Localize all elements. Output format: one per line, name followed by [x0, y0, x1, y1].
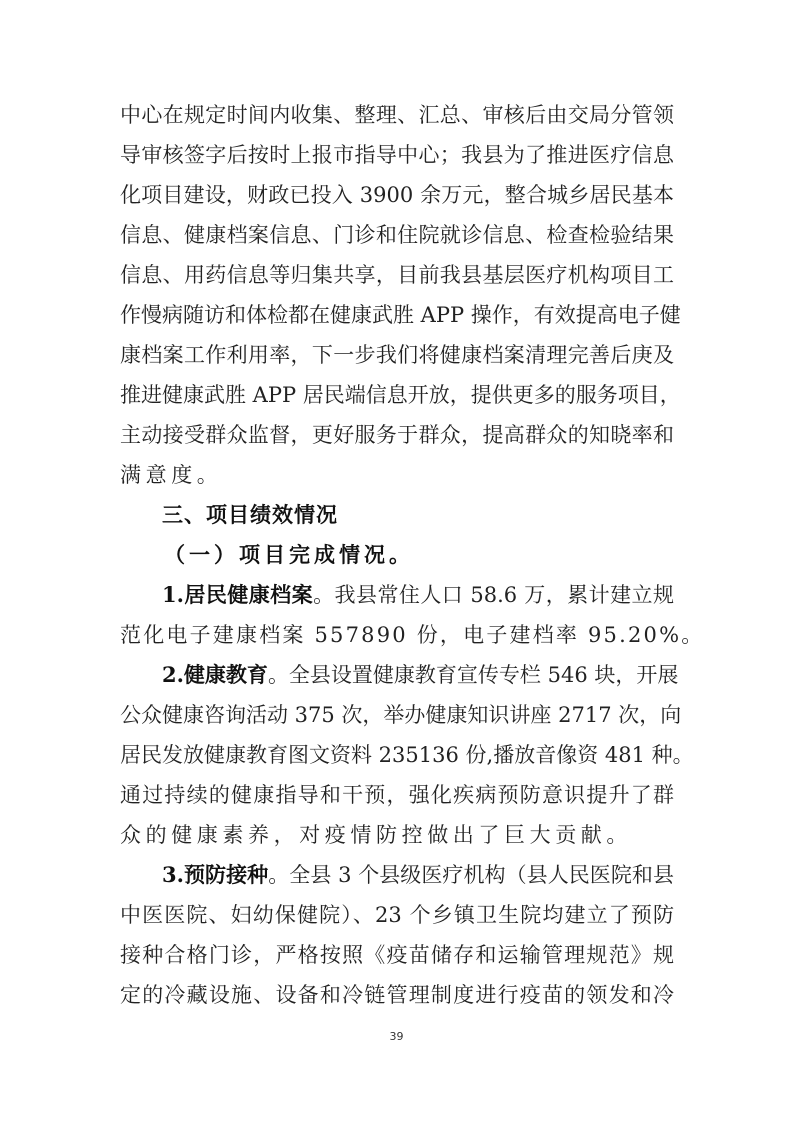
item-2-title: 2.健康教育 [162, 662, 268, 687]
paragraph-line: 居民发放健康教育图文资料 235136 份,播放音像资 481 种。 [120, 735, 674, 775]
item-2-first-line: 2.健康教育。全县设置健康教育宣传专栏 546 块，开展 [120, 655, 674, 695]
item-1-text: 。我县常住人口 58.6 万，累计建立规 [313, 583, 674, 607]
section-heading: 三、项目绩效情况 [120, 495, 674, 535]
paragraph-line: 通过持续的健康指导和干预，强化疾病预防意识提升了群 [120, 775, 674, 815]
paragraph-line: 中医医院、妇幼保健院）、23 个乡镇卫生院均建立了预防 [120, 895, 674, 935]
paragraph-line: 作慢病随访和体检都在健康武胜 APP 操作，有效提高电子健 [120, 295, 674, 335]
paragraph-line: 信息、健康档案信息、门诊和住院就诊信息、检查检验结果 [120, 215, 674, 255]
subsection-heading: （一）项目完成情况。 [120, 535, 674, 575]
paragraph-line: 信息、用药信息等归集共享，目前我县基层医疗机构项目工 [120, 255, 674, 295]
document-page: 中心在规定时间内收集、整理、汇总、审核后由交局分管领 导审核签字后按时上报市指导… [0, 0, 793, 1122]
paragraph-line: 众的健康素养，对疫情防控做出了巨大贡献。 [120, 815, 674, 855]
paragraph-line: 满意度。 [120, 455, 674, 495]
item-1-first-line: 1.居民健康档案。我县常住人口 58.6 万，累计建立规 [120, 575, 674, 615]
paragraph-line: 主动接受群众监督，更好服务于群众，提高群众的知晓率和 [120, 415, 674, 455]
body-text: 中心在规定时间内收集、整理、汇总、审核后由交局分管领 导审核签字后按时上报市指导… [120, 95, 674, 1015]
paragraph-line: 公众健康咨询活动 375 次，举办健康知识讲座 2717 次，向 [120, 695, 674, 735]
paragraph-line: 中心在规定时间内收集、整理、汇总、审核后由交局分管领 [120, 95, 674, 135]
item-3-title: 3.预防接种 [162, 862, 268, 887]
paragraph-line: 推进健康武胜 APP 居民端信息开放，提供更多的服务项目， [120, 375, 674, 415]
paragraph-line: 导审核签字后按时上报市指导中心；我县为了推进医疗信息 [120, 135, 674, 175]
item-2-text: 。全县设置健康教育宣传专栏 546 块，开展 [268, 663, 678, 687]
paragraph-line: 接种合格门诊，严格按照《疫苗储存和运输管理规范》规 [120, 935, 674, 975]
item-3-first-line: 3.预防接种。全县 3 个县级医疗机构（县人民医院和县 [120, 855, 674, 895]
paragraph-line: 范化电子建康档案 557890 份，电子建档率 95.20%。 [120, 615, 674, 655]
item-3-text: 。全县 3 个县级医疗机构（县人民医院和县 [268, 863, 674, 887]
paragraph-line: 化项目建设，财政已投入 3900 余万元，整合城乡居民基本 [120, 175, 674, 215]
paragraph-line: 定的冷藏设施、设备和冷链管理制度进行疫苗的领发和冷 [120, 975, 674, 1015]
paragraph-line: 康档案工作利用率，下一步我们将健康档案清理完善后庚及 [120, 335, 674, 375]
page-number: 39 [0, 1030, 793, 1043]
item-1-title: 1.居民健康档案 [162, 582, 313, 607]
